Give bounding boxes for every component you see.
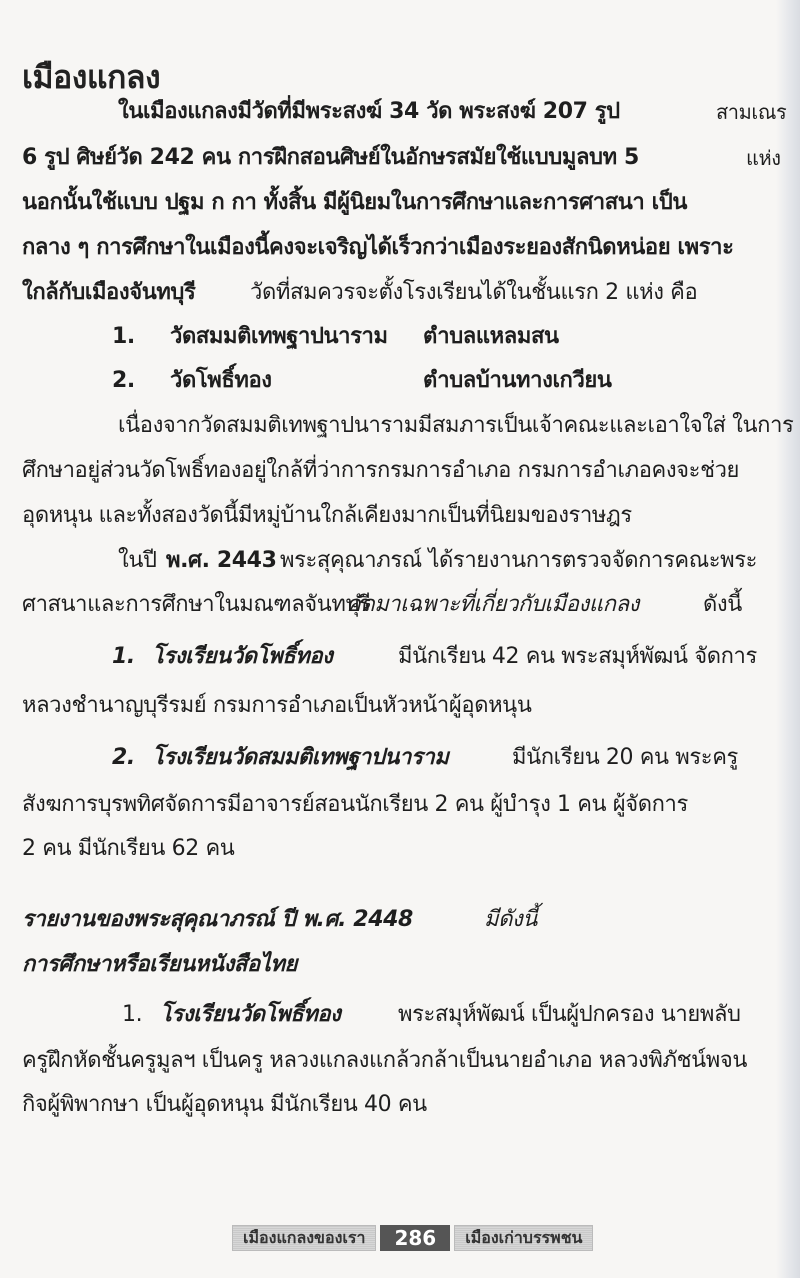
page-footer: เมืองแกลงของเรา 286 เมืองเก่าบรรพชน — [232, 1225, 593, 1251]
footer-series-title: เมืองเก่าบรรพชน — [454, 1225, 593, 1251]
page-title: เมืองแกลง — [22, 52, 160, 103]
page-edge-shadow — [776, 0, 800, 1278]
page-number: 286 — [380, 1225, 450, 1251]
footer-book-title: เมืองแกลงของเรา — [232, 1225, 376, 1251]
